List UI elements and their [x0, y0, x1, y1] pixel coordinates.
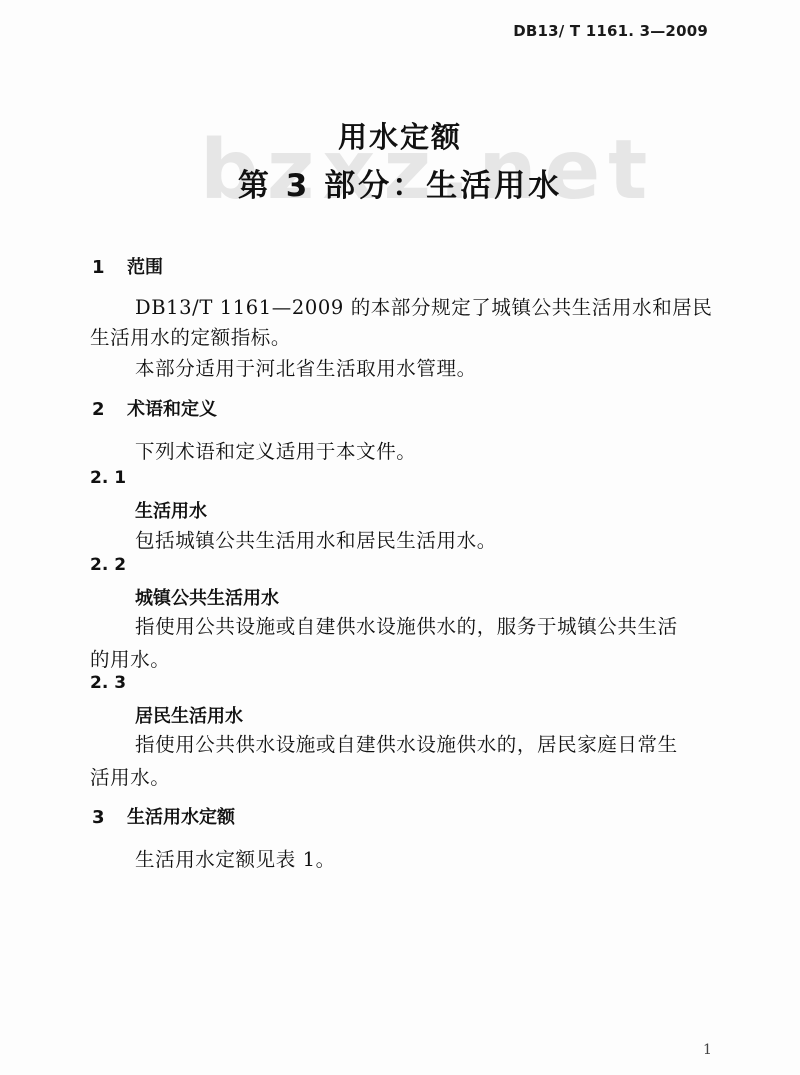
term-definition-line-2: 活用水。 — [90, 762, 170, 790]
section-1-para-1-line-2: 生活用水的定额指标。 — [90, 322, 291, 350]
term-definition-line-1: 指使用公共设施或自建供水设施供水的，服务于城镇公共生活 — [135, 611, 678, 639]
document-title: 用水定额 — [0, 115, 800, 156]
term-title: 生活用水 — [135, 497, 207, 523]
document-subtitle: 第 3 部分：生活用水 — [0, 160, 800, 205]
section-title: 范围 — [127, 257, 163, 278]
term-number: 2. 3 — [90, 673, 126, 693]
section-number: 2 — [92, 399, 127, 420]
section-1-para-1-line-1: DB13/T 1161—2009 的本部分规定了城镇公共生活用水和居民 — [135, 292, 713, 320]
section-title: 生活用水定额 — [127, 807, 235, 828]
section-title: 术语和定义 — [127, 399, 217, 420]
term-title: 城镇公共生活用水 — [135, 584, 279, 610]
section-3-para-1: 生活用水定额见表 1。 — [135, 844, 336, 872]
term-definition-line-1: 指使用公共供水设施或自建供水设施供水的，居民家庭日常生 — [135, 729, 678, 757]
section-3-heading: 3生活用水定额 — [92, 803, 235, 829]
standard-code: DB13/ T 1161. 3—2009 — [513, 22, 708, 40]
term-number: 2. 2 — [90, 555, 126, 575]
section-number: 1 — [92, 257, 127, 278]
document-page: DB13/ T 1161. 3—2009 bzxz.net 用水定额 第 3 部… — [0, 0, 800, 1075]
page-number: 1 — [703, 1042, 712, 1058]
term-number: 2. 1 — [90, 468, 126, 488]
section-2-intro: 下列术语和定义适用于本文件。 — [135, 436, 416, 464]
term-definition-line-2: 的用水。 — [90, 644, 170, 672]
section-1-heading: 1范围 — [92, 253, 163, 279]
section-1-para-2: 本部分适用于河北省生活取用水管理。 — [135, 353, 477, 381]
section-number: 3 — [92, 807, 127, 828]
term-definition-line-1: 包括城镇公共生活用水和居民生活用水。 — [135, 525, 497, 553]
term-title: 居民生活用水 — [135, 702, 243, 728]
section-2-heading: 2术语和定义 — [92, 395, 217, 421]
